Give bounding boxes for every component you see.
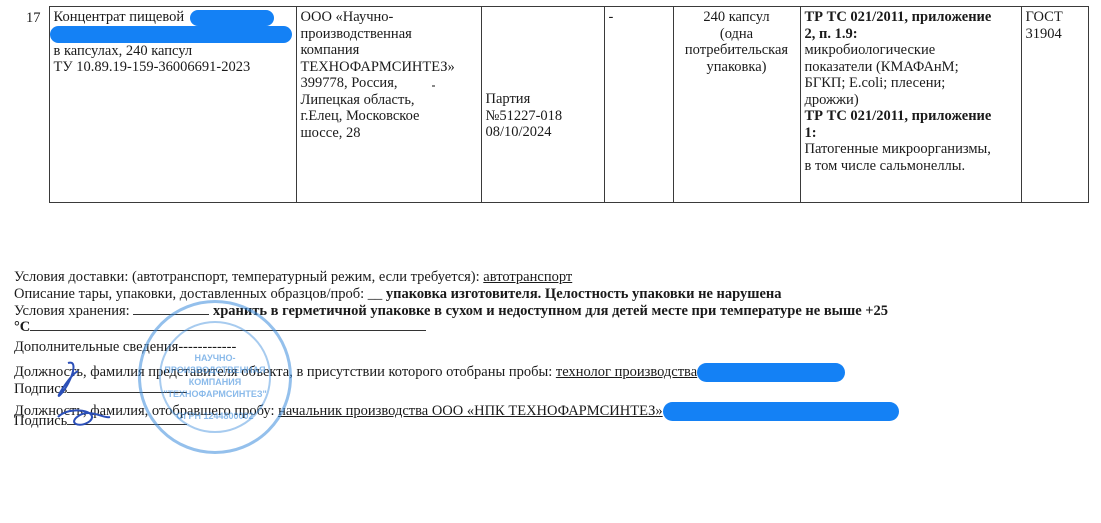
batch-cell: Партия №51227-018 08/10/2024 — [481, 7, 604, 203]
delivery-conditions: Условия доставки: (автотранспорт, темпер… — [14, 269, 572, 285]
product-spec: ТУ 10.89.19-159-36006691-2023 — [54, 59, 292, 76]
representative-label: Должность, фамилия представителя объекта… — [14, 364, 556, 380]
manufacturer-line: 399778, Россия, — [301, 75, 477, 92]
requirement-ref: 1: — [805, 125, 1017, 142]
blank-line — [30, 318, 426, 331]
product-cell: Концентрат пищевой в капсулах, 240 капсу… — [49, 7, 296, 203]
signature-label: Подпись — [14, 413, 67, 429]
requirement-ref: ТР ТС 021/2011, приложение — [805, 9, 1017, 26]
manufacturer-line: г.Елец, Московское — [301, 108, 477, 125]
row-number: 17 — [14, 7, 49, 203]
dash-value: - — [609, 9, 669, 26]
signature-label: Подпись — [14, 381, 67, 397]
representative-value: технолог производства — [556, 364, 697, 380]
quantity-line: 240 капсул — [678, 9, 796, 26]
redaction-mark — [50, 26, 292, 43]
requirement-ref: 2, п. 1.9: — [805, 26, 1017, 43]
batch-date: 08/10/2024 — [486, 124, 600, 141]
product-name: Концентрат пищевой — [54, 9, 185, 25]
manufacturer-line: компания — [301, 42, 477, 59]
product-form: в капсулах, 240 капсул — [54, 43, 292, 60]
manufacturer-line: шоссе, 28 — [301, 125, 477, 142]
packaging-label: Описание тары, упаковки, доставленных об… — [14, 286, 386, 302]
table-row: 17 Концентрат пищевой в капсулах, 240 ка… — [14, 7, 1088, 203]
additional-label: Дополнительные сведения — [14, 339, 178, 355]
manufacturer-line: ООО «Научно- — [301, 9, 477, 26]
requirement-desc: показатели (КМАФАнМ; — [805, 59, 1017, 76]
redaction-mark — [663, 402, 899, 421]
storage-value: хранить в герметичной упаковке в сухом и… — [209, 303, 888, 319]
storage-label: Условия хранения: — [14, 303, 133, 319]
quantity-line: (одна — [678, 26, 796, 43]
requirement-desc: в том числе сальмонеллы. — [805, 158, 1017, 175]
method-line: 31904 — [1026, 26, 1084, 43]
storage-unit: °С — [14, 319, 30, 335]
samples-table: 17 Концентрат пищевой в капсулах, 240 ка… — [14, 6, 1089, 203]
signature-line-1: Подпись — [14, 380, 187, 397]
requirement-desc: микробиологические — [805, 42, 1017, 59]
requirement-desc: дрожжи) — [805, 92, 1017, 109]
signature-line-2: Подпись — [14, 412, 187, 429]
signature-blank — [67, 380, 187, 393]
blank-line — [133, 302, 209, 315]
dash-cell: - — [604, 7, 673, 203]
quantity-line: упаковка) — [678, 59, 796, 76]
quantity-cell: 240 капсул (одна потребительская упаковк… — [673, 7, 800, 203]
delivery-label: Условия доставки: (автотранспорт, темпер… — [14, 269, 483, 285]
requirements-cell: ТР ТС 021/2011, приложение 2, п. 1.9: ми… — [800, 7, 1021, 203]
packaging-description: Описание тары, упаковки, доставленных об… — [14, 286, 782, 302]
sampler-value: начальник производства ООО «НПК ТЕХНОФАР… — [278, 403, 663, 419]
delivery-value: автотранспорт — [483, 269, 572, 285]
manufacturer-line: производственная — [301, 26, 477, 43]
manufacturer-line: ТЕХНОФАРМСИНТЕЗ» — [301, 59, 477, 76]
batch-number: №51227-018 — [486, 108, 600, 125]
packaging-value: упаковка изготовителя. Целостность упако… — [386, 286, 782, 302]
redaction-mark — [190, 10, 274, 26]
manufacturer-line: Липецкая область, — [301, 92, 477, 109]
storage-unit-line: °С — [14, 318, 426, 335]
requirement-desc: Патогенные микроорганизмы, — [805, 141, 1017, 158]
scan-speck — [432, 85, 435, 87]
batch-label: Партия — [486, 91, 600, 108]
storage-conditions: Условия хранения: хранить в герметичной … — [14, 302, 888, 319]
quantity-line: потребительская — [678, 42, 796, 59]
signature-blank — [67, 412, 187, 425]
manufacturer-cell: ООО «Научно- производственная компания Т… — [296, 7, 481, 203]
redaction-mark — [697, 363, 845, 382]
method-cell: ГОСТ 31904 — [1021, 7, 1088, 203]
requirement-desc: БГКП; E.coli; плесени; — [805, 75, 1017, 92]
additional-info: Дополнительные сведения------------ — [14, 339, 236, 355]
additional-value: ------------ — [178, 339, 236, 355]
method-line: ГОСТ — [1026, 9, 1084, 26]
requirement-ref: ТР ТС 021/2011, приложение — [805, 108, 1017, 125]
